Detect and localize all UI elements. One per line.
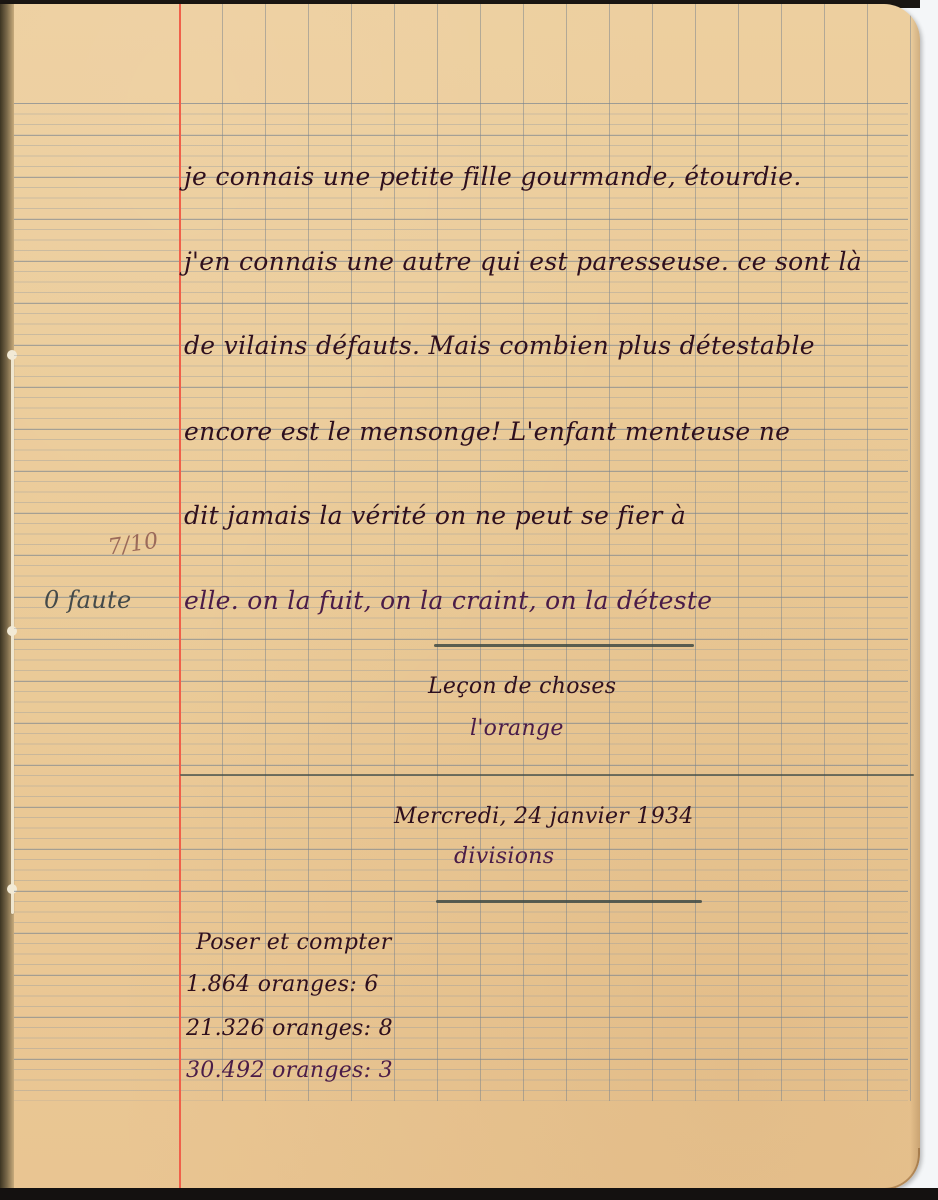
dictation-line-3: de vilains défauts. Mais combien plus dé…: [184, 331, 815, 360]
page-corner: [878, 1148, 920, 1190]
section-heading: divisions: [454, 844, 554, 869]
division-problem-3: 30.492 oranges: 3: [186, 1058, 393, 1083]
separator-rule: [434, 644, 694, 647]
notebook-page: je connais une petite fille gourmande, é…: [0, 4, 920, 1190]
dictation-line-6: elle. on la fuit, on la craint, on la dé…: [184, 586, 712, 615]
entry-date: Mercredi, 24 janvier 1934: [394, 804, 694, 829]
error-count-note: 0 faute: [44, 586, 132, 614]
lesson-subject: l'orange: [470, 716, 564, 741]
instruction: Poser et compter: [196, 930, 392, 955]
dictation-line-1: je connais une petite fille gourmande, é…: [184, 162, 802, 191]
lesson-title: Leçon de choses: [428, 674, 616, 699]
red-margin-line: [179, 4, 181, 1190]
division-problem-2: 21.326 oranges: 8: [186, 1016, 393, 1041]
dictation-line-4: encore est le mensonge! L'enfant menteus…: [184, 417, 790, 446]
section-divider: [180, 774, 914, 776]
dictation-line-2: j'en connais une autre qui est paresseus…: [184, 247, 862, 276]
scan-border-bottom: [0, 1188, 938, 1200]
division-problem-1: 1.864 oranges: 6: [186, 972, 379, 997]
separator-rule: [436, 900, 702, 903]
dictation-line-5: dit jamais la vérité on ne peut se fier …: [184, 501, 686, 530]
